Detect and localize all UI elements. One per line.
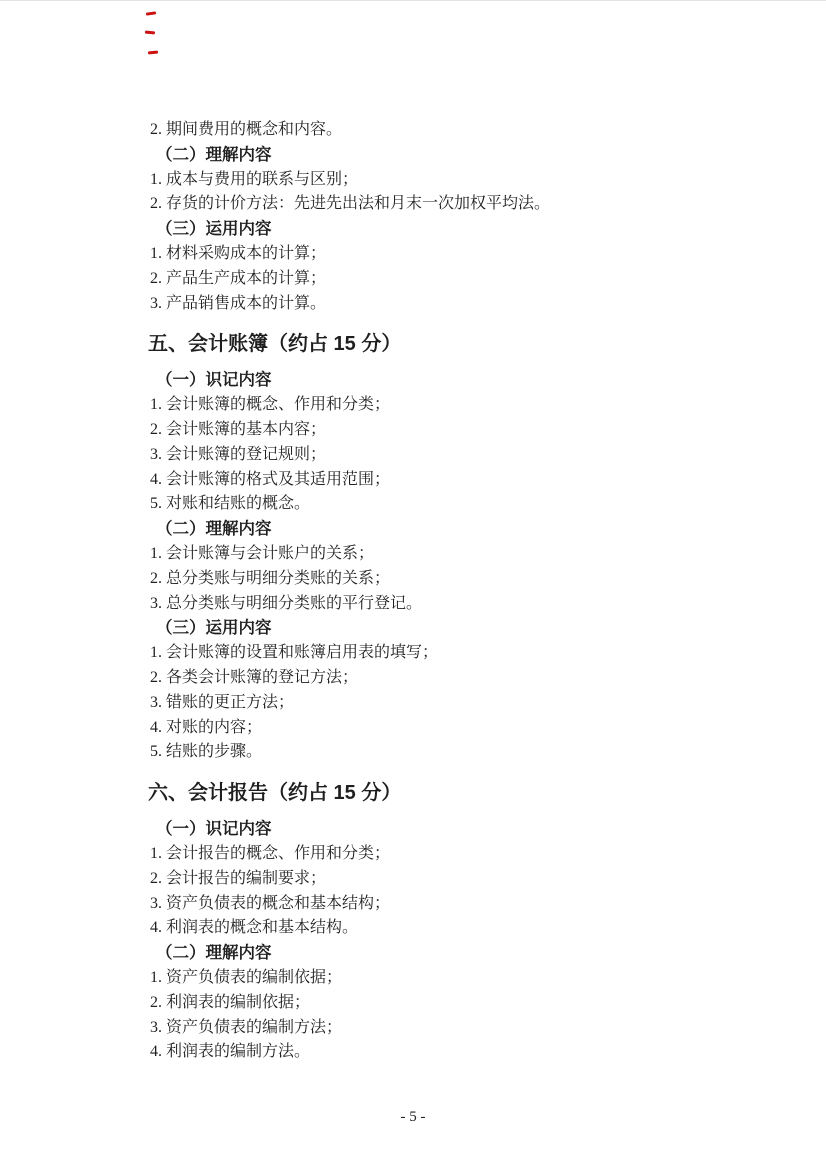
page-number: - 5 -: [401, 1109, 426, 1125]
page-footer: - 5 -: [0, 1109, 826, 1126]
document-page: 2. 期间费用的概念和内容。（二）理解内容1. 成本与费用的联系与区别；2. 存…: [0, 0, 826, 1170]
list-item: 2. 总分类账与明细分类账的关系；: [150, 567, 736, 592]
list-item: 4. 利润表的概念和基本结构。: [150, 916, 736, 941]
list-item: 1. 材料采购成本的计算；: [150, 242, 736, 267]
document-body: 2. 期间费用的概念和内容。（二）理解内容1. 成本与费用的联系与区别；2. 存…: [150, 118, 736, 1065]
list-item: 5. 对账和结账的概念。: [150, 492, 736, 517]
section-heading: 六、会计报告（约占 15 分）: [148, 778, 736, 808]
red-annotation-mark: [148, 51, 158, 55]
list-item: 3. 产品销售成本的计算。: [150, 292, 736, 317]
sub-heading: （一）识记内容: [150, 817, 736, 842]
sub-heading: （三）运用内容: [150, 616, 736, 641]
list-item: 4. 利润表的编制方法。: [150, 1040, 736, 1065]
list-item: 5. 结账的步骤。: [150, 740, 736, 765]
list-item: 2. 各类会计账簿的登记方法；: [150, 666, 736, 691]
list-item: 1. 会计账簿与会计账户的关系；: [150, 542, 736, 567]
list-item: 2. 存货的计价方法：先进先出法和月末一次加权平均法。: [150, 192, 736, 217]
sub-heading: （三）运用内容: [150, 217, 736, 242]
list-item: 1. 成本与费用的联系与区别；: [150, 168, 736, 193]
list-item: 1. 会计报告的概念、作用和分类；: [150, 842, 736, 867]
list-item: 3. 错账的更正方法；: [150, 691, 736, 716]
list-item: 3. 总分类账与明细分类账的平行登记。: [150, 592, 736, 617]
red-annotation-mark: [146, 11, 156, 15]
red-annotation-mark: [145, 31, 155, 35]
list-item: 1. 资产负债表的编制依据；: [150, 966, 736, 991]
list-item: 2. 产品生产成本的计算；: [150, 267, 736, 292]
list-item: 3. 资产负债表的概念和基本结构；: [150, 892, 736, 917]
sub-heading: （二）理解内容: [150, 517, 736, 542]
list-item: 4. 对账的内容；: [150, 716, 736, 741]
sub-heading: （二）理解内容: [150, 941, 736, 966]
list-item: 2. 期间费用的概念和内容。: [150, 118, 736, 143]
list-item: 1. 会计账簿的概念、作用和分类；: [150, 393, 736, 418]
list-item: 2. 会计账簿的基本内容；: [150, 418, 736, 443]
list-item: 4. 会计账簿的格式及其适用范围；: [150, 468, 736, 493]
list-item: 1. 会计账簿的设置和账簿启用表的填写；: [150, 641, 736, 666]
list-item: 3. 会计账簿的登记规则；: [150, 443, 736, 468]
list-item: 2. 会计报告的编制要求；: [150, 867, 736, 892]
list-item: 3. 资产负债表的编制方法；: [150, 1016, 736, 1041]
sub-heading: （二）理解内容: [150, 143, 736, 168]
sub-heading: （一）识记内容: [150, 368, 736, 393]
list-item: 2. 利润表的编制依据；: [150, 991, 736, 1016]
section-heading: 五、会计账簿（约占 15 分）: [148, 329, 736, 359]
